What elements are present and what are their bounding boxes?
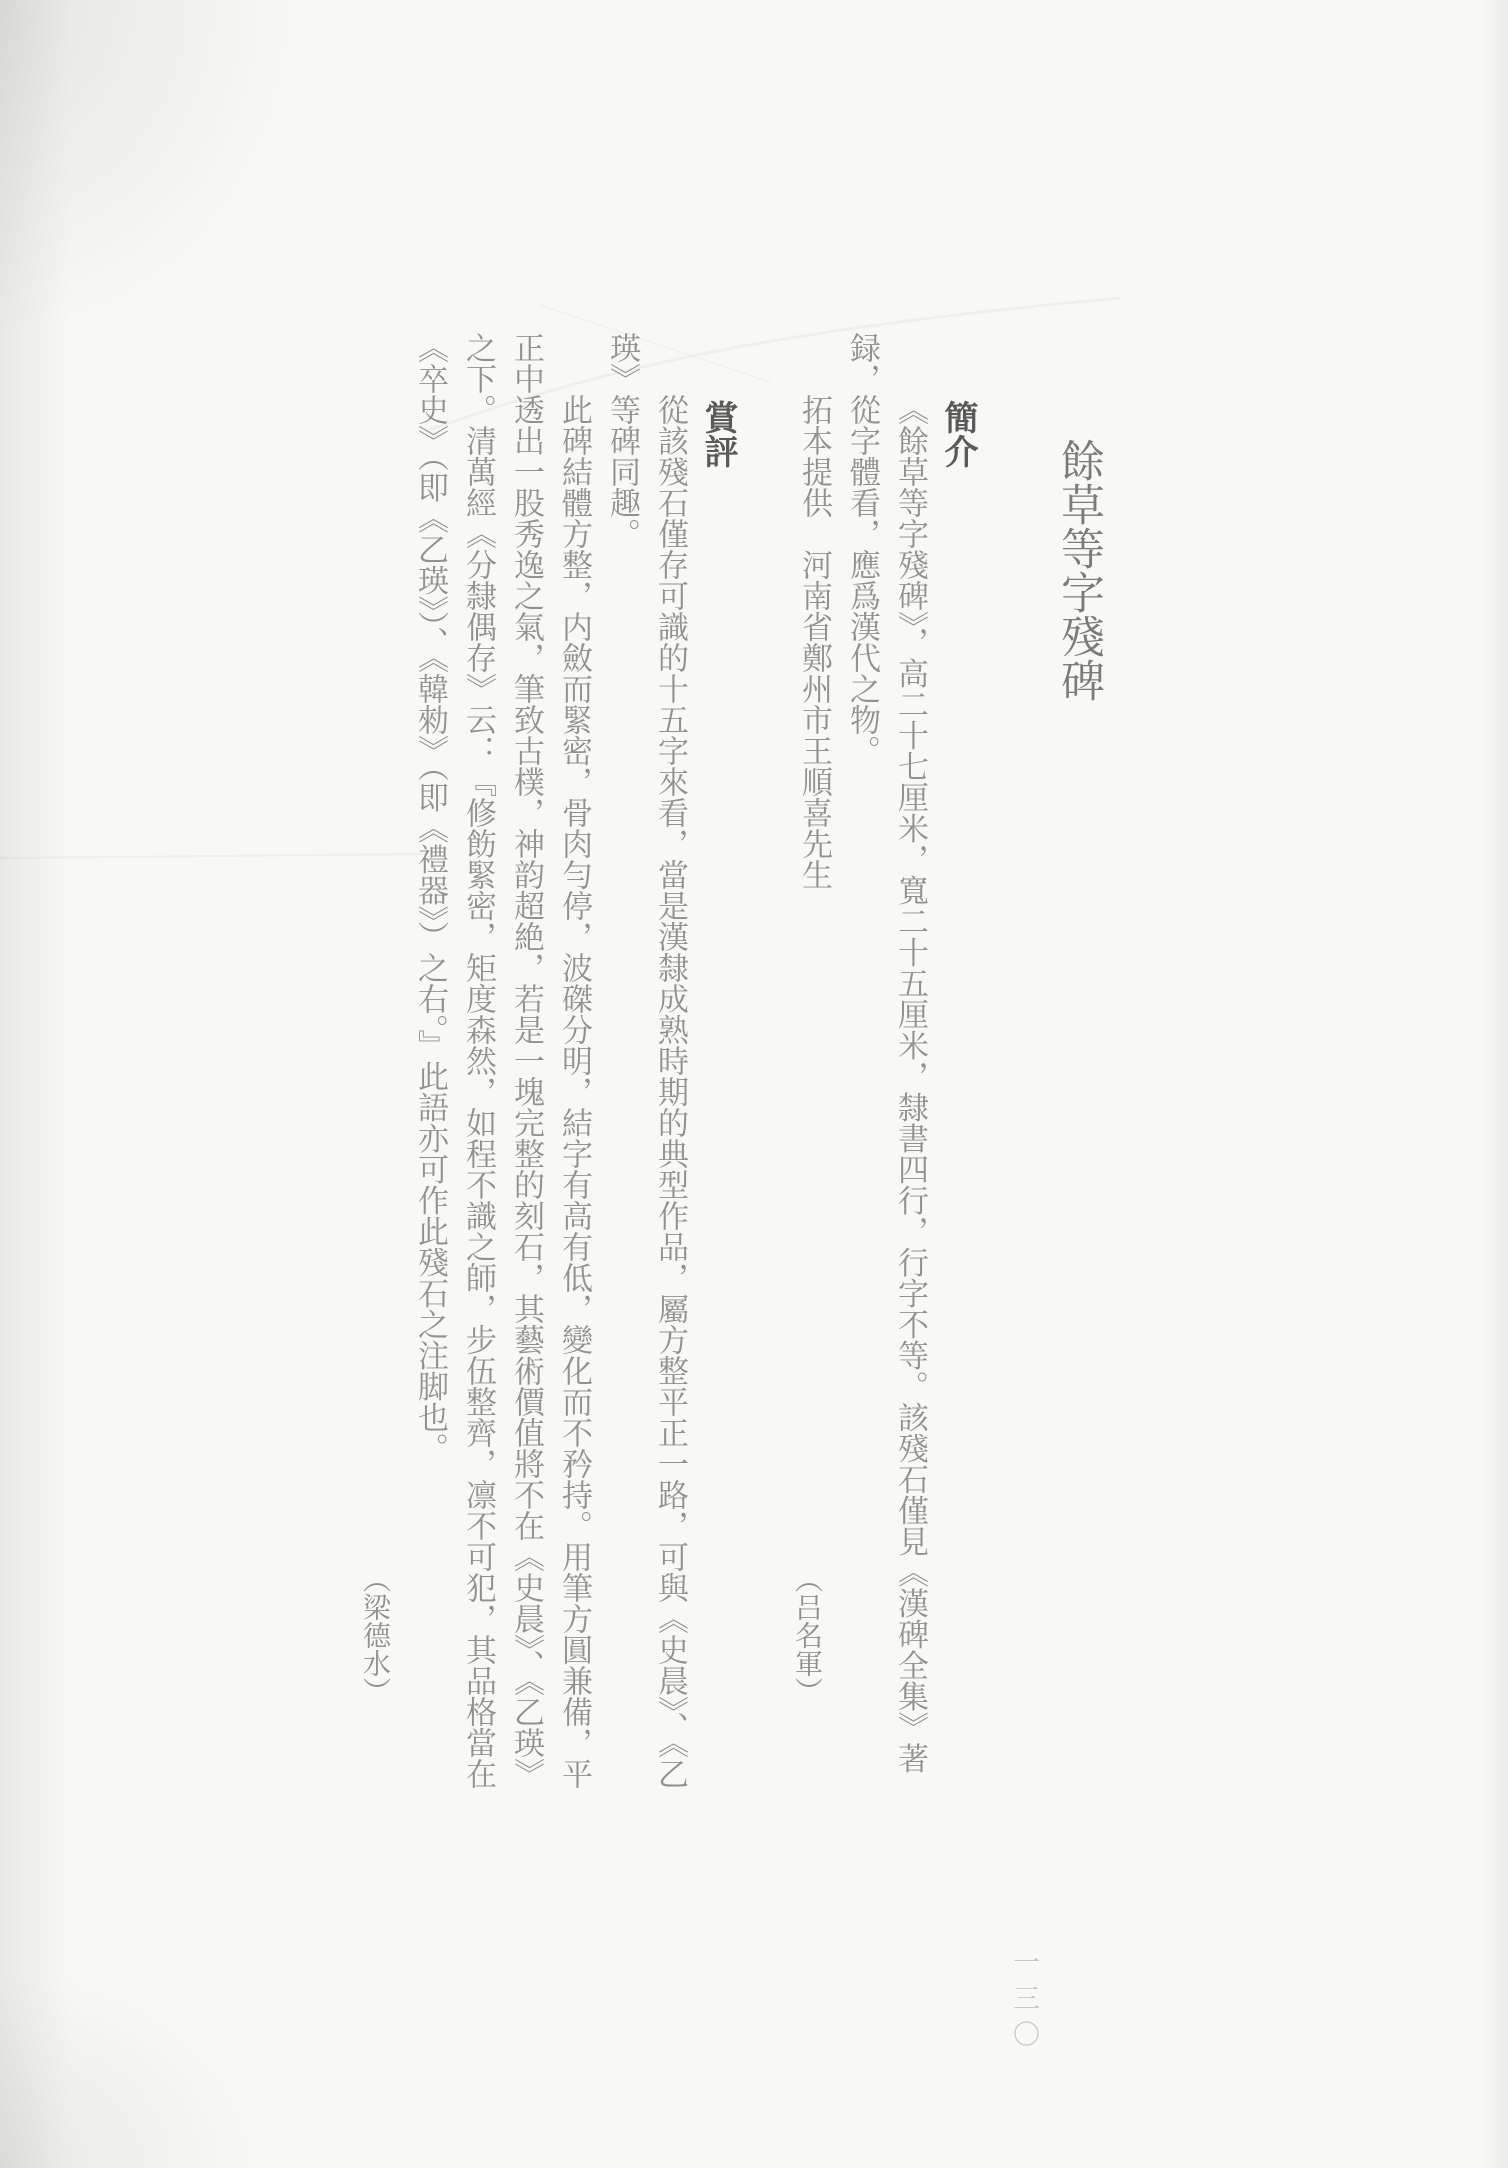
rubbing-credit-text: 拓本提供 河南省鄭州市王順喜先生 <box>796 394 832 890</box>
review-paragraph-analysis: 此碑結體方整，内斂而緊密，骨肉勻停，波磔分明，結字有高有低，變化而不矜持。用筆方… <box>406 332 598 1792</box>
article-body: 簡介 《餘草等字殘碑》，高二十七厘米，寬二十五厘米，隸書四行，行字不等。該殘石僅… <box>334 332 982 1792</box>
bottom-left-corner-shadow <box>0 1968 260 2168</box>
review-paragraph-overview: 從該殘石僅存可識的十五字來看，當是漢隸成熟時期的典型作品，屬方整平正一路，可與《… <box>598 332 694 1792</box>
intro-paragraph-measurements: 《餘草等字殘碑》，高二十七厘米，寬二十五厘米，隸書四行，行字不等。該殘石僅見《漢… <box>838 332 934 1792</box>
right-edge-shadow <box>1484 0 1508 2168</box>
page-title: 餘草等字殘碑 <box>1046 438 1110 702</box>
review-author-signature: （梁德水） <box>351 1565 399 1705</box>
scanned-book-page: 餘草等字殘碑 簡介 《餘草等字殘碑》，高二十七厘米，寬二十五厘米，隸書四行，行字… <box>0 0 1508 2168</box>
intro-author-signature: （吕名軍） <box>783 1565 831 1705</box>
intro-paragraph-rubbing-credit: 拓本提供 河南省鄭州市王順喜先生 （吕名軍） <box>790 332 838 1792</box>
top-left-corner-shadow <box>0 0 300 340</box>
page-number: 一三〇 <box>1004 1948 1043 2056</box>
section-heading-review: 賞評 <box>694 332 742 1792</box>
section-heading-intro: 簡介 <box>934 332 982 1792</box>
review-signature-column: （梁德水） <box>358 332 406 1792</box>
